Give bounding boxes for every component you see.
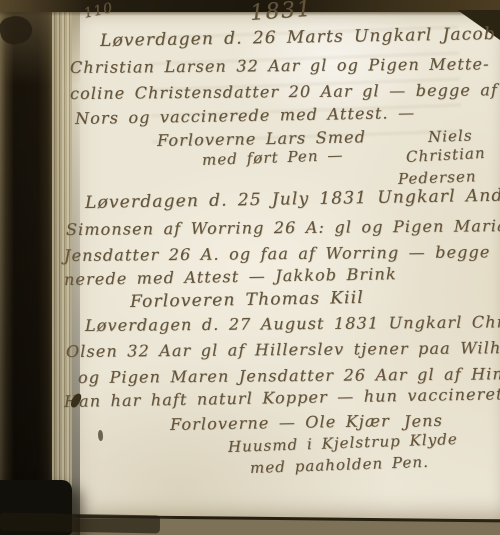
entry3-line2: Olsen 32 Aar gl af Hillerslev tjener paa… (66, 338, 500, 361)
entry1-witness2-name1: Niels (428, 126, 473, 146)
year-heading: 1831 (249, 0, 313, 26)
entry3-line3: og Pigen Maren Jensdatter 26 Aar gl af H… (78, 364, 500, 387)
entry2-witness: Forloveren Thomas Kiil (130, 288, 364, 312)
entry1-witness2-name3: Pedersen (398, 167, 477, 188)
entry1-line2: Christian Larsen 32 Aar gl og Pigen Mett… (70, 54, 490, 77)
bottom-left-shadow-strip (0, 513, 160, 534)
entry3-witnesses: Forloverne — Ole Kjær (170, 411, 390, 434)
scanned-parish-register-photo: 110 1831 Løverdagen d. 26 Marts Ungkarl … (0, 0, 500, 535)
entry3-line1: Løverdagen d. 27 August 1831 Ungkarl Chr… (85, 312, 500, 335)
entry3-witness2-name: Jens (404, 411, 444, 431)
entry2-line3: Jensdatter 26 A. og faa af Worring — beg… (64, 242, 500, 265)
entry1-line3: coline Christensdatter 20 Aar gl — begge… (70, 80, 498, 103)
entry2-line2: Simonsen af Worring 26 A: gl og Pigen Ma… (66, 216, 500, 239)
